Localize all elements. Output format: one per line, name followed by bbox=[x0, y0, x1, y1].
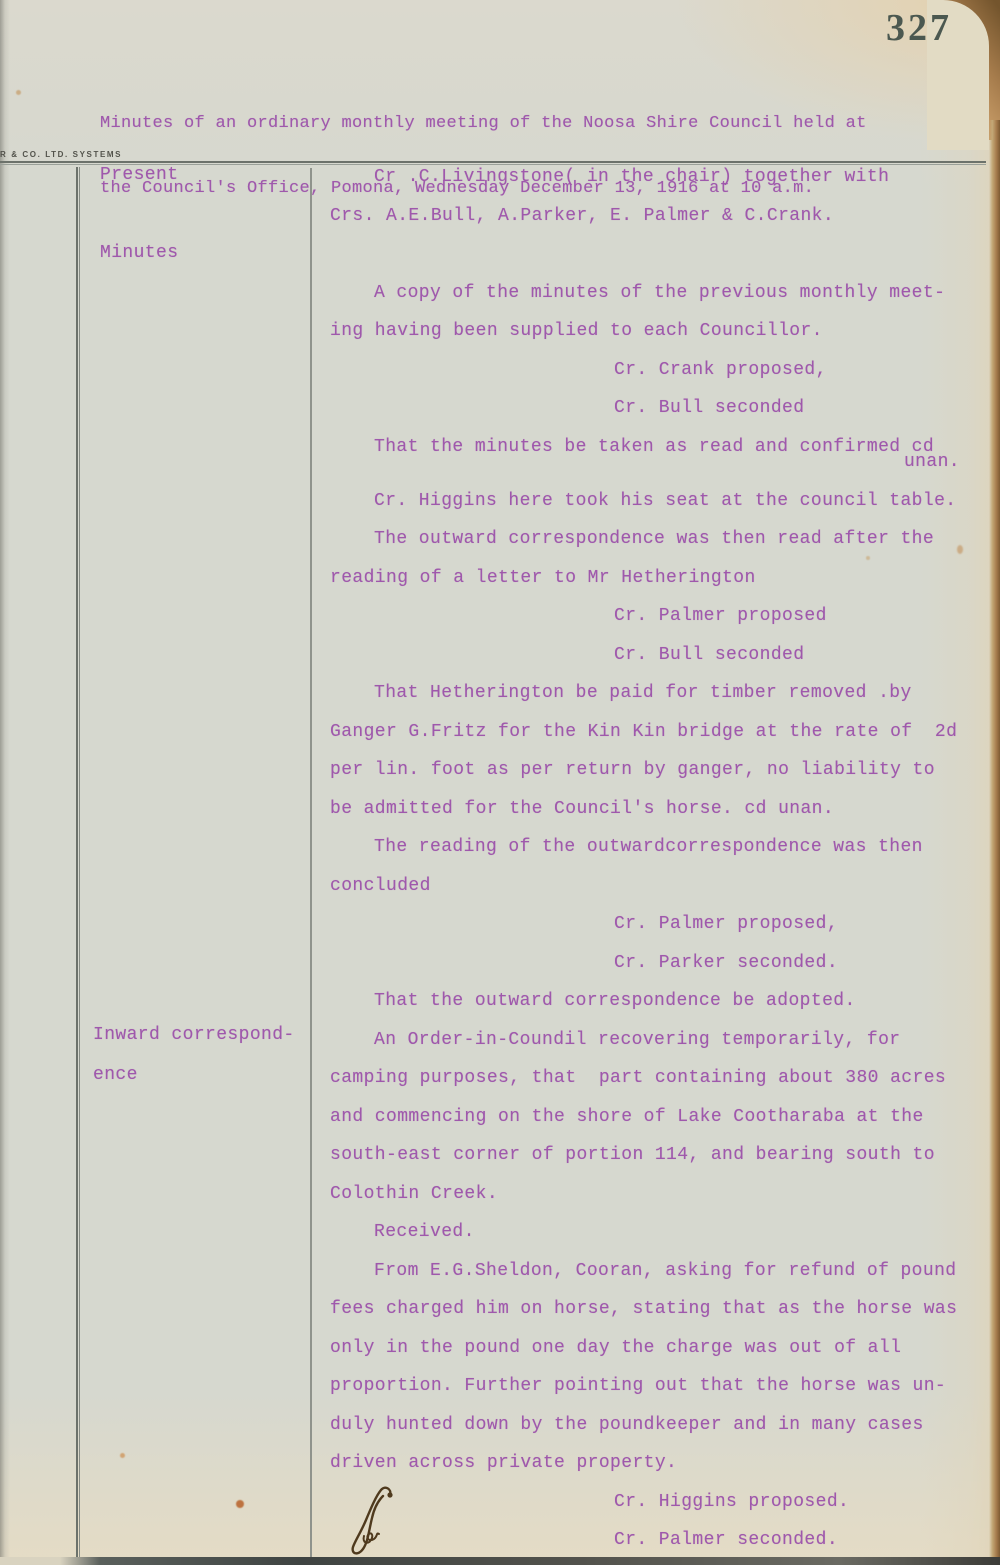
ink-stain bbox=[236, 1500, 244, 1508]
typed-line: Cr. Palmer proposed, bbox=[330, 905, 960, 944]
typed-line: Cr. Higgins proposed. bbox=[330, 1483, 960, 1522]
margin-rule-left bbox=[76, 167, 80, 1565]
typed-line: Cr. Higgins here took his seat at the co… bbox=[330, 482, 960, 521]
typed-line: Received. bbox=[330, 1213, 960, 1252]
page-number: 327 bbox=[886, 6, 952, 50]
ink-stain bbox=[16, 90, 21, 95]
typed-line: That the outward correspondence be adopt… bbox=[330, 982, 960, 1021]
typed-line: Cr. Bull seconded bbox=[330, 636, 960, 675]
minutes-text: Cr .C.Livingstone( in the chair) togethe… bbox=[330, 158, 960, 1560]
typed-line: A copy of the minutes of the previous mo… bbox=[330, 274, 960, 313]
typed-line: reading of a letter to Mr Hetherington bbox=[330, 559, 960, 598]
margin-rule-divider bbox=[310, 168, 312, 1565]
typed-line: Cr. Parker seconded. bbox=[330, 944, 960, 983]
typed-line: proportion. Further pointing out that th… bbox=[330, 1367, 960, 1406]
margin-label: ence bbox=[93, 1065, 138, 1085]
typed-line: Crs. A.E.Bull, A.Parker, E. Palmer & C.C… bbox=[330, 197, 960, 236]
typed-line: be admitted for the Council's horse. cd … bbox=[330, 790, 960, 829]
typed-line: Cr. Bull seconded bbox=[330, 389, 960, 428]
typed-line: That the minutes be taken as read and co… bbox=[330, 428, 960, 467]
typed-line: per lin. foot as per return by ganger, n… bbox=[330, 751, 960, 790]
typed-line: ing having been supplied to each Council… bbox=[330, 312, 960, 351]
stationer-imprint: R & CO. LTD. SYSTEMS bbox=[0, 150, 122, 159]
typed-line: camping purposes, that part containing a… bbox=[330, 1059, 960, 1098]
typed-line: fees charged him on horse, stating that … bbox=[330, 1290, 960, 1329]
margin-label: Present bbox=[100, 165, 178, 185]
page-bottom-edge bbox=[0, 1557, 1000, 1565]
typed-line: only in the pound one day the charge was… bbox=[330, 1329, 960, 1368]
typed-line: The outward correspondence was then read… bbox=[330, 520, 960, 559]
typed-line: Cr .C.Livingstone( in the chair) togethe… bbox=[330, 158, 960, 197]
typed-line: and commencing on the shore of Lake Coot… bbox=[330, 1098, 960, 1137]
typed-line: Cr. Crank proposed, bbox=[330, 351, 960, 390]
ink-stain bbox=[120, 1453, 125, 1458]
margin-label: Minutes bbox=[100, 243, 178, 263]
typed-line: driven across private property. bbox=[330, 1444, 960, 1483]
ink-stain bbox=[866, 556, 870, 560]
typed-line: From E.G.Sheldon, Cooran, asking for ref… bbox=[330, 1252, 960, 1291]
handwritten-mark bbox=[338, 1481, 400, 1559]
header-line-1: Minutes of an ordinary monthly meeting o… bbox=[100, 113, 930, 135]
typed-line: duly hunted down by the poundkeeper and … bbox=[330, 1406, 960, 1445]
typed-line: Colothin Creek. bbox=[330, 1175, 960, 1214]
typed-line: An Order-in-Coundil recovering temporari… bbox=[330, 1021, 960, 1060]
ink-stain bbox=[957, 545, 963, 554]
typed-line: That Hetherington be paid for timber rem… bbox=[330, 674, 960, 713]
typed-line: Cr. Palmer proposed bbox=[330, 597, 960, 636]
page-right-edge bbox=[989, 120, 1000, 1560]
typed-line: The reading of the outwardcorrespondence… bbox=[330, 828, 960, 867]
typed-line: Ganger G.Fritz for the Kin Kin bridge at… bbox=[330, 713, 960, 752]
ledger-page: 327 Minutes of an ordinary monthly meeti… bbox=[0, 0, 1000, 1565]
typed-line: concluded bbox=[330, 867, 960, 906]
typed-line: south-east corner of portion 114, and be… bbox=[330, 1136, 960, 1175]
typed-line: Cr. Palmer seconded. bbox=[330, 1521, 960, 1560]
margin-label: Inward correspond- bbox=[93, 1025, 295, 1045]
